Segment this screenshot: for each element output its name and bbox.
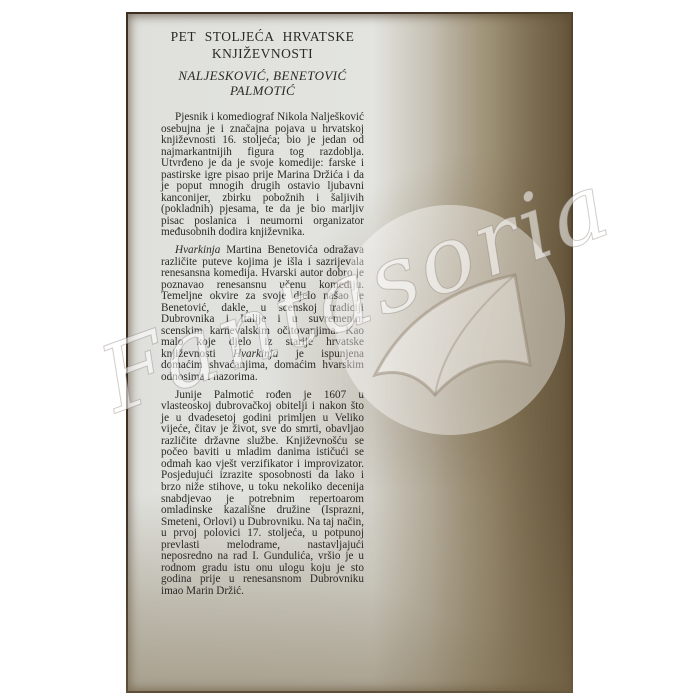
subtitle-line-1: NALJESKOVIĆ, BENETOVIĆ xyxy=(178,68,346,83)
title-line-1: PET STOLJEĆA HRVATSKE xyxy=(171,29,355,44)
paragraph-naljeskovic: Pjesnik i komediograf Nikola Nalješković… xyxy=(161,112,364,239)
italic-work-title: Hvarkinja xyxy=(175,244,220,256)
subtitle-line-2: PALMOTIĆ xyxy=(230,83,295,98)
title-line-2: KNJIŽEVNOSTI xyxy=(212,46,313,61)
book-cover-page: PET STOLJEĆA HRVATSKE KNJIŽEVNOSTI NALJE… xyxy=(126,12,573,693)
text-column: PET STOLJEĆA HRVATSKE KNJIŽEVNOSTI NALJE… xyxy=(161,28,364,603)
document-subtitle: NALJESKOVIĆ, BENETOVIĆ PALMOTIĆ xyxy=(161,68,364,98)
italic-work-title: Hvarkinja xyxy=(233,348,278,360)
paragraph-palmotic: Junije Palmotić rođen je 1607 u vlasteos… xyxy=(161,390,364,598)
page-shadow xyxy=(373,12,573,693)
paragraph-text: Martina Benetovića odražava različite pu… xyxy=(161,244,364,360)
paragraph-benetovic: Hvarkinja Martina Benetovića odražava ra… xyxy=(161,245,364,384)
document-title: PET STOLJEĆA HRVATSKE KNJIŽEVNOSTI xyxy=(161,28,364,62)
